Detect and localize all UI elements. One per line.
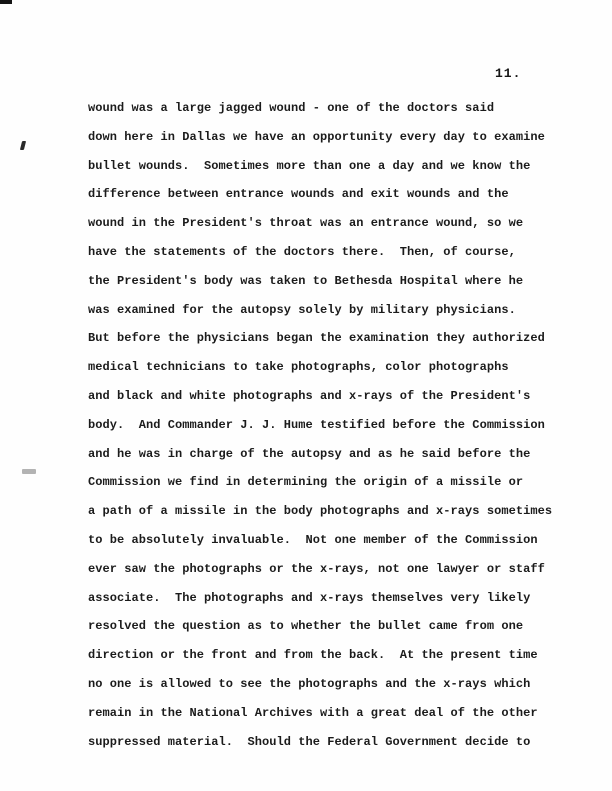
text-line: difference between entrance wounds and e… [88, 180, 568, 209]
text-line: direction or the front and from the back… [88, 641, 568, 670]
text-line: remain in the National Archives with a g… [88, 699, 568, 728]
text-line: wound was a large jagged wound - one of … [88, 94, 568, 123]
scan-artifact-margin-mark [20, 141, 26, 150]
text-line: down here in Dallas we have an opportuni… [88, 123, 568, 152]
text-line: have the statements of the doctors there… [88, 238, 568, 267]
text-line: bullet wounds. Sometimes more than one a… [88, 152, 568, 181]
text-line: no one is allowed to see the photographs… [88, 670, 568, 699]
text-line: associate. The photographs and x-rays th… [88, 584, 568, 613]
text-line: was examined for the autopsy solely by m… [88, 296, 568, 325]
text-line: suppressed material. Should the Federal … [88, 728, 568, 757]
document-page: 11. wound was a large jagged wound - one… [0, 0, 612, 791]
text-line: to be absolutely invaluable. Not one mem… [88, 526, 568, 555]
text-line: body. And Commander J. J. Hume testified… [88, 411, 568, 440]
text-line: a path of a missile in the body photogra… [88, 497, 568, 526]
text-line: medical technicians to take photographs,… [88, 353, 568, 382]
text-line: the President's body was taken to Bethes… [88, 267, 568, 296]
text-line: and black and white photographs and x-ra… [88, 382, 568, 411]
typewritten-text-block: wound was a large jagged wound - one of … [88, 94, 568, 756]
scan-artifact-margin-smudge [22, 469, 36, 474]
text-line: But before the physicians began the exam… [88, 324, 568, 353]
text-line: wound in the President's throat was an e… [88, 209, 568, 238]
text-line: ever saw the photographs or the x-rays, … [88, 555, 568, 584]
scan-artifact-corner [0, 0, 12, 4]
text-line: and he was in charge of the autopsy and … [88, 440, 568, 469]
text-line: Commission we find in determining the or… [88, 468, 568, 497]
text-line: resolved the question as to whether the … [88, 612, 568, 641]
page-number: 11. [495, 66, 521, 81]
